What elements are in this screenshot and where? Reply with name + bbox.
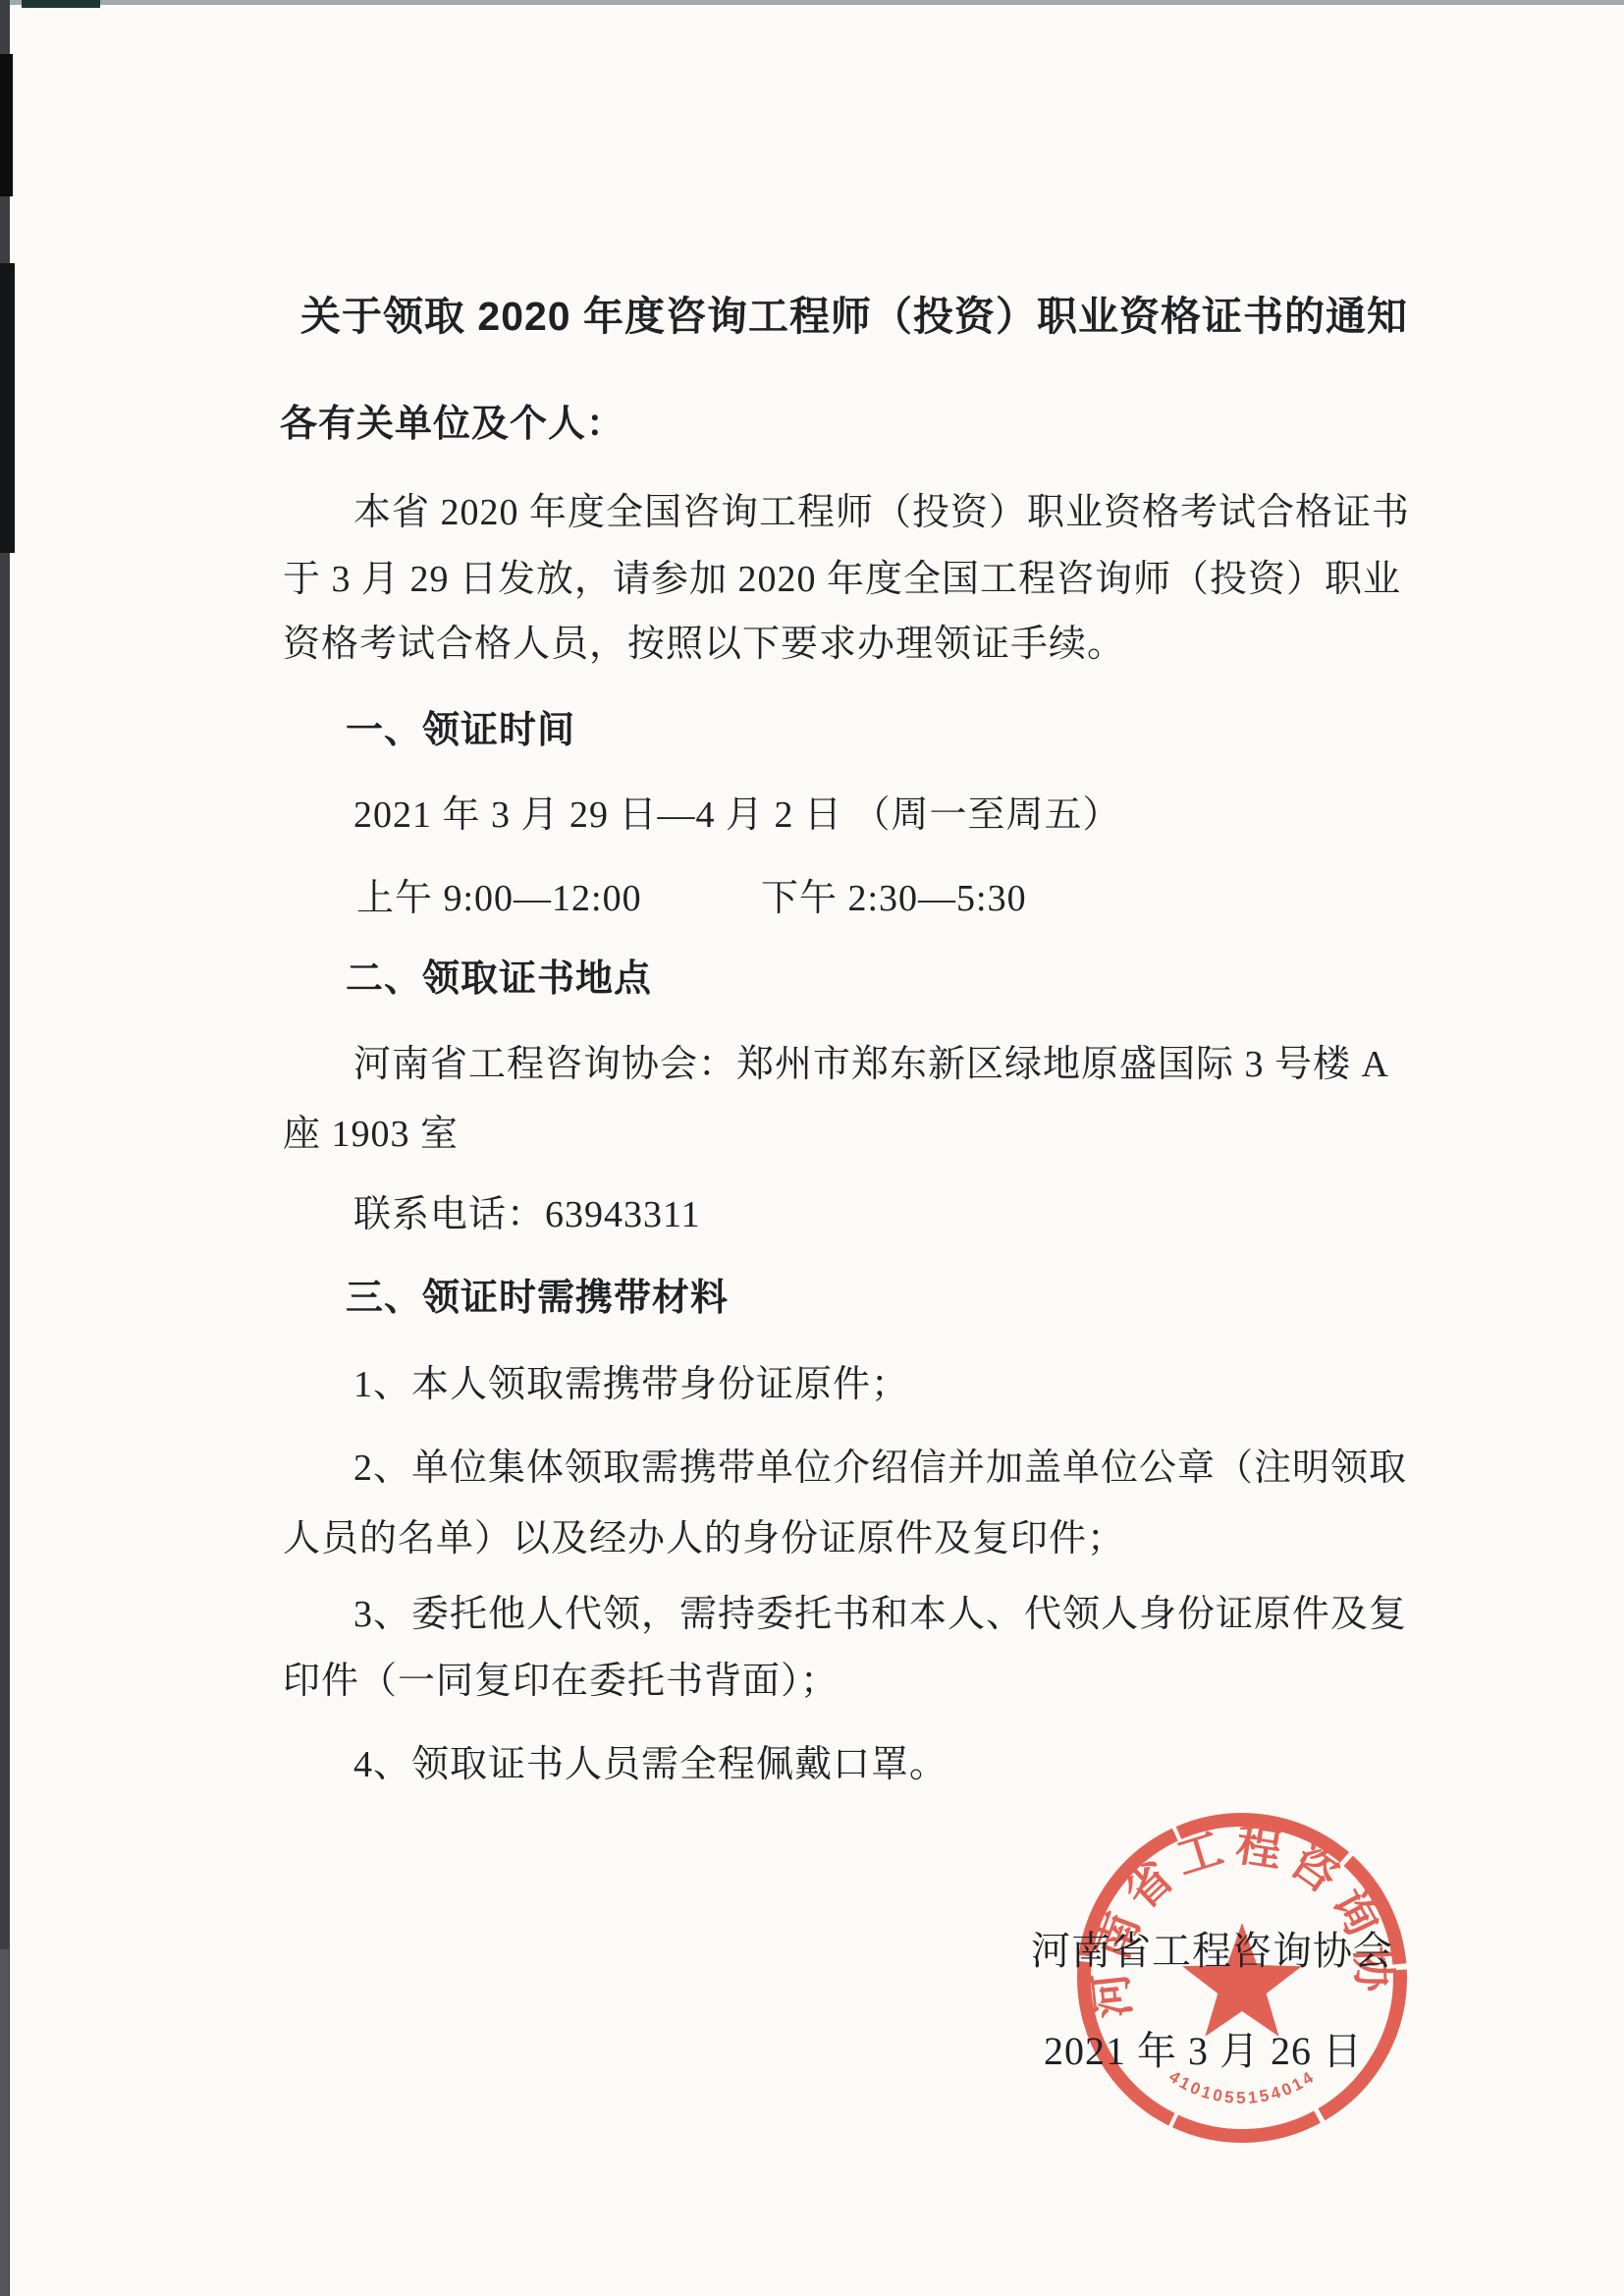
scan-edge-shadow-2 — [0, 263, 15, 553]
address-line-2: 座 1903 室 — [283, 1113, 459, 1158]
section1-afternoon-hours: 下午 2:30—5:30 — [761, 877, 1027, 922]
address-line-1: 河南省工程咨询协会：郑州市郑东新区绿地原盛国际 3 号楼 A — [353, 1043, 1389, 1088]
page-title: 关于领取 2020 年度咨询工程师（投资）职业资格证书的通知 — [300, 293, 1408, 341]
contact-phone: 联系电话：63943311 — [353, 1193, 701, 1238]
signature-organization: 河南省工程咨询协会 — [1031, 1928, 1393, 1975]
section2-heading: 二、领取证书地点 — [346, 957, 652, 1003]
section3-heading: 三、领证时需携带材料 — [346, 1277, 729, 1322]
section1-heading: 一、领证时间 — [346, 709, 575, 754]
scan-edge-shadow-3 — [0, 1949, 9, 2296]
material-item-2-line-2: 人员的名单）以及经办人的身份证原件及复印件； — [283, 1517, 1125, 1562]
intro-line-3: 资格考试合格人员，按照以下要求办理领证手续。 — [283, 623, 1125, 668]
signature-date: 2021 年 3 月 26 日 — [1044, 2028, 1363, 2075]
section1-morning-hours: 上午 9:00—12:00 — [356, 877, 642, 922]
material-item-3-line-1: 3、委托他人代领，需持委托书和本人、代领人身份证原件及复 — [353, 1593, 1407, 1638]
material-item-4: 4、领取证书人员需全程佩戴口罩。 — [353, 1743, 947, 1788]
scan-top-edge — [0, 0, 1624, 5]
scanned-notice-page: 关于领取 2020 年度咨询工程师（投资）职业资格证书的通知 各有关单位及个人：… — [0, 0, 1624, 2296]
section1-dates: 2021 年 3 月 29 日—4 月 2 日 （周一至周五） — [353, 793, 1121, 839]
intro-line-1: 本省 2020 年度全国咨询工程师（投资）职业资格考试合格证书 — [353, 491, 1410, 536]
official-seal-stamp: 河南省工程咨询协会 4101055154014 — [1070, 1806, 1414, 2150]
scan-corner-mark — [22, 0, 100, 8]
scan-edge-shadow-1 — [0, 54, 13, 196]
material-item-3-line-2: 印件（一同复印在委托书背面）； — [283, 1660, 839, 1705]
material-item-1: 1、本人领取需携带身份证原件； — [353, 1363, 909, 1408]
salutation: 各有关单位及个人： — [280, 403, 624, 448]
intro-line-2: 于 3 月 29 日发放，请参加 2020 年度全国工程咨询师（投资）职业 — [283, 558, 1401, 603]
material-item-2-line-1: 2、单位集体领取需携带单位介绍信并加盖单位公章（注明领取 — [353, 1447, 1407, 1492]
